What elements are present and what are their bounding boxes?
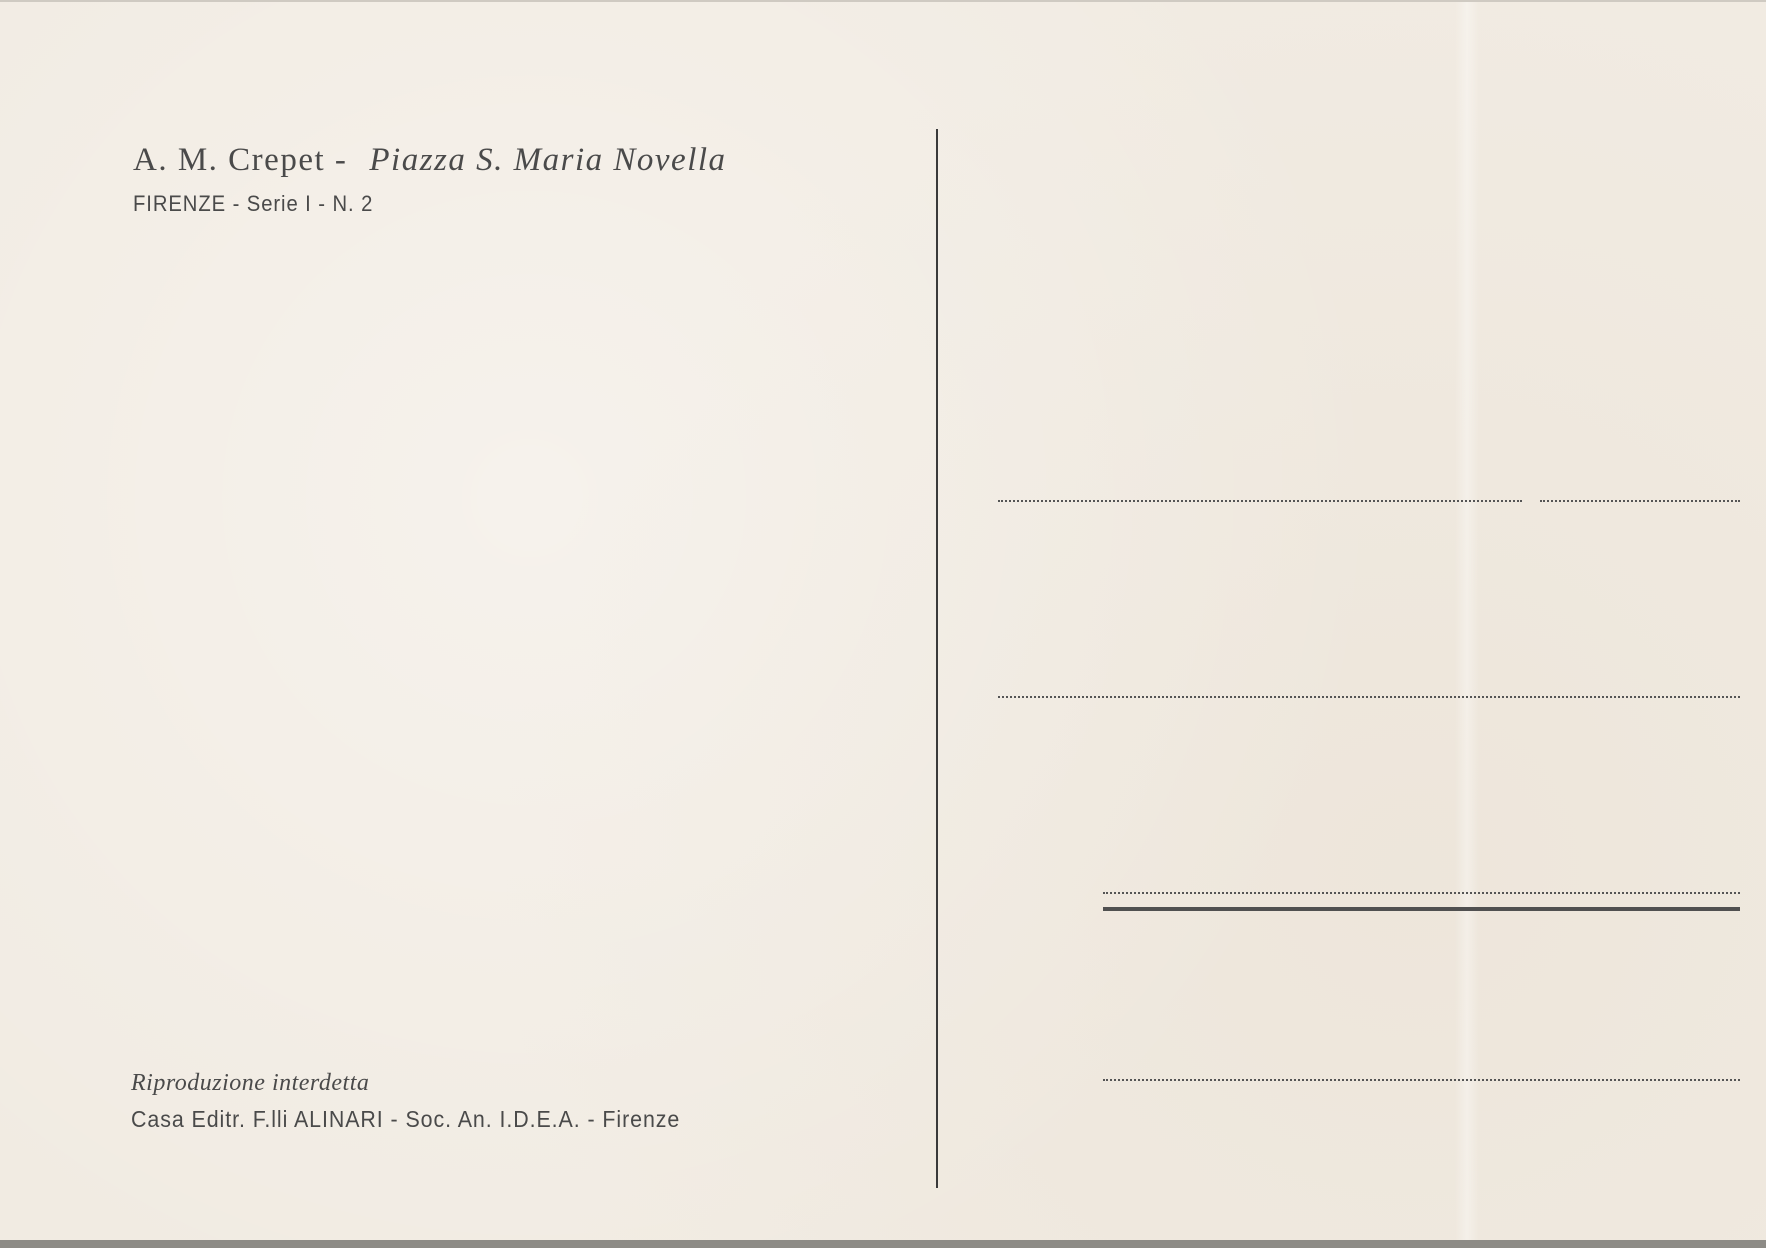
artist-name: A. M. Crepet -	[133, 142, 347, 178]
postcard-title: A. M. Crepet -Piazza S. Maria Novella	[133, 142, 727, 179]
address-line-3	[1103, 892, 1740, 894]
scan-background-edge	[0, 1240, 1766, 1248]
address-line-4	[1103, 1079, 1740, 1081]
address-line-1b	[1540, 500, 1740, 502]
message-address-divider	[936, 129, 938, 1188]
paper-fold-highlight	[1455, 2, 1479, 1242]
reproduction-notice: Riproduzione interdetta	[131, 1070, 369, 1097]
artwork-title: Piazza S. Maria Novella	[369, 142, 726, 178]
address-line-1a	[998, 500, 1522, 502]
series-label: FIRENZE - Serie I - N. 2	[133, 191, 373, 217]
postcard-back: A. M. Crepet -Piazza S. Maria Novella FI…	[0, 0, 1766, 1242]
address-line-2	[998, 696, 1740, 698]
address-underline	[1103, 907, 1740, 911]
publisher-line: Casa Editr. F.lli ALINARI - Soc. An. I.D…	[131, 1106, 680, 1133]
